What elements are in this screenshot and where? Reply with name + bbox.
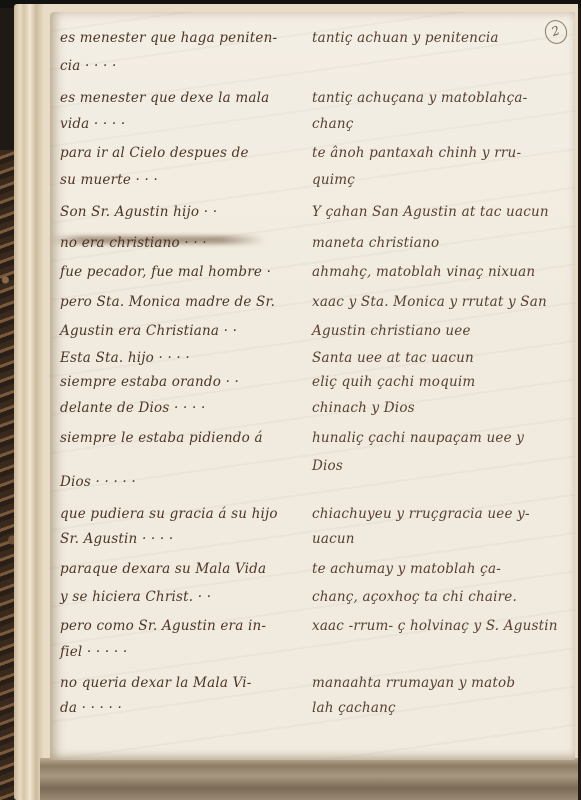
gloss-text: quimç bbox=[312, 172, 355, 188]
manuscript-line: da · · · · ·lah çachanç bbox=[50, 700, 575, 722]
manuscript-line: Agustin era Christiana · ·Agustin christ… bbox=[50, 323, 575, 345]
gloss-text: eliç quih çachi moquim bbox=[312, 374, 475, 390]
gloss-text: xaac y Sta. Monica y rrutat y San bbox=[312, 294, 547, 310]
manuscript-line: su muerte · · ·quimç bbox=[50, 172, 575, 194]
manuscript-line: para ir al Cielo despues dete ânoh panta… bbox=[50, 145, 575, 167]
manuscript-line: no queria dexar la Mala Vi-manaahta rrum… bbox=[50, 675, 575, 697]
manuscript-line: fiel · · · · · bbox=[50, 644, 575, 666]
manuscript-line: siempre estaba orando · ·eliç quih çachi… bbox=[50, 374, 575, 396]
manuscript-line: no era christiano · · ·maneta christiano bbox=[50, 235, 575, 257]
spanish-text: paraque dexara su Mala Vida bbox=[60, 561, 266, 577]
spanish-text: Esta Sta. hijo · · · · bbox=[60, 350, 190, 366]
spanish-text: fue pecador, fue mal hombre · bbox=[60, 264, 271, 280]
manuscript-line: es menester que dexe la malatantiç achuç… bbox=[50, 90, 575, 112]
spanish-text: pero Sta. Monica madre de Sr. bbox=[60, 294, 275, 310]
spanish-text: siempre le estaba pidiendo á bbox=[60, 430, 263, 446]
gloss-text: ahmahç, matoblah vinaç nixuan bbox=[312, 264, 535, 280]
gloss-text: chanç bbox=[312, 116, 354, 132]
gloss-text: Agustin christiano uee bbox=[312, 323, 471, 339]
spanish-text: siempre estaba orando · · bbox=[60, 374, 239, 390]
page-bottom-edges bbox=[40, 758, 578, 800]
gloss-text: Santa uee at tac uacun bbox=[312, 350, 474, 366]
gloss-text: te achumay y matoblah ça- bbox=[312, 561, 501, 577]
spanish-text: Agustin era Christiana · · bbox=[60, 323, 237, 339]
spanish-text: no queria dexar la Mala Vi- bbox=[60, 675, 252, 691]
spanish-text: Sr. Agustin · · · · bbox=[60, 531, 173, 547]
manuscript-line: paraque dexara su Mala Vidate achumay y … bbox=[50, 561, 575, 583]
gloss-text: xaac ‑rrum‑ ç holvinaç y S. Agustin bbox=[312, 618, 558, 634]
gloss-text: uacun bbox=[312, 531, 355, 547]
manuscript-line: y se hiciera Christ. · ·chanç, açoxhoç t… bbox=[50, 589, 575, 611]
manuscript-line: pero Sta. Monica madre de Sr.xaac y Sta.… bbox=[50, 294, 575, 316]
gloss-text: Dios bbox=[312, 458, 343, 474]
gloss-text: chinach y Dios bbox=[312, 400, 415, 416]
gloss-text: lah çachanç bbox=[312, 700, 396, 716]
manuscript-page: 2 es menester que haga peniten-tantiç ac… bbox=[50, 12, 575, 760]
gloss-text: chiachuyeu y rruçgracia uee y- bbox=[312, 506, 530, 522]
spanish-text: que pudiera su gracia á su hijo bbox=[60, 506, 278, 522]
manuscript-line: Sr. Agustin · · · ·uacun bbox=[50, 531, 575, 553]
gloss-text: te ânoh pantaxah chinh y rru- bbox=[312, 145, 521, 161]
manuscript-line: siempre le estaba pidiendo áhunaliç çach… bbox=[50, 430, 575, 452]
manuscript-line: Dios · · · · · bbox=[50, 474, 575, 496]
spanish-text: fiel · · · · · bbox=[60, 644, 127, 660]
spanish-text: pero como Sr. Agustin era in- bbox=[60, 618, 266, 634]
manuscript-line: fue pecador, fue mal hombre ·ahmahç, mat… bbox=[50, 264, 575, 286]
manuscript-line: que pudiera su gracia á su hijochiachuye… bbox=[50, 506, 575, 528]
manuscript-line: Esta Sta. hijo · · · ·Santa uee at tac u… bbox=[50, 350, 575, 372]
spanish-text: es menester que haga peniten- bbox=[60, 30, 277, 46]
spanish-text: y se hiciera Christ. · · bbox=[60, 589, 211, 605]
spanish-text: delante de Dios · · · · bbox=[60, 400, 205, 416]
manuscript-line: Son Sr. Agustin hijo · ·Y çahan San Agus… bbox=[50, 204, 575, 226]
spanish-text: su muerte · · · bbox=[60, 172, 158, 188]
gloss-text: Y çahan San Agustin at tac uacun bbox=[312, 204, 549, 220]
manuscript-line: cia · · · · bbox=[50, 58, 575, 80]
manuscript-line: vida · · · ·chanç bbox=[50, 116, 575, 138]
gloss-text: hunaliç çachi naupaçam uee y bbox=[312, 430, 524, 446]
spanish-text: no era christiano · · · bbox=[60, 235, 207, 251]
gloss-text: manaahta rrumayan y matob bbox=[312, 675, 515, 691]
spanish-text: cia · · · · bbox=[60, 58, 116, 74]
manuscript-line: es menester que haga peniten-tantiç achu… bbox=[50, 30, 575, 52]
gloss-text: tantiç achuan y penitencia bbox=[312, 30, 499, 46]
gloss-text: tantiç achuçana y matoblahça- bbox=[312, 90, 527, 106]
spanish-text: Son Sr. Agustin hijo · · bbox=[60, 204, 217, 220]
spanish-text: vida · · · · bbox=[60, 116, 125, 132]
gloss-text: chanç, açoxhoç ta chi chaire. bbox=[312, 589, 517, 605]
spanish-text: da · · · · · bbox=[60, 700, 122, 716]
spanish-text: para ir al Cielo despues de bbox=[60, 145, 249, 161]
gloss-text: maneta christiano bbox=[312, 235, 439, 251]
manuscript-line: delante de Dios · · · ·chinach y Dios bbox=[50, 400, 575, 422]
manuscript-line: pero como Sr. Agustin era in-xaac ‑rrum‑… bbox=[50, 618, 575, 640]
spanish-text: Dios · · · · · bbox=[60, 474, 136, 490]
spanish-text: es menester que dexe la mala bbox=[60, 90, 269, 106]
